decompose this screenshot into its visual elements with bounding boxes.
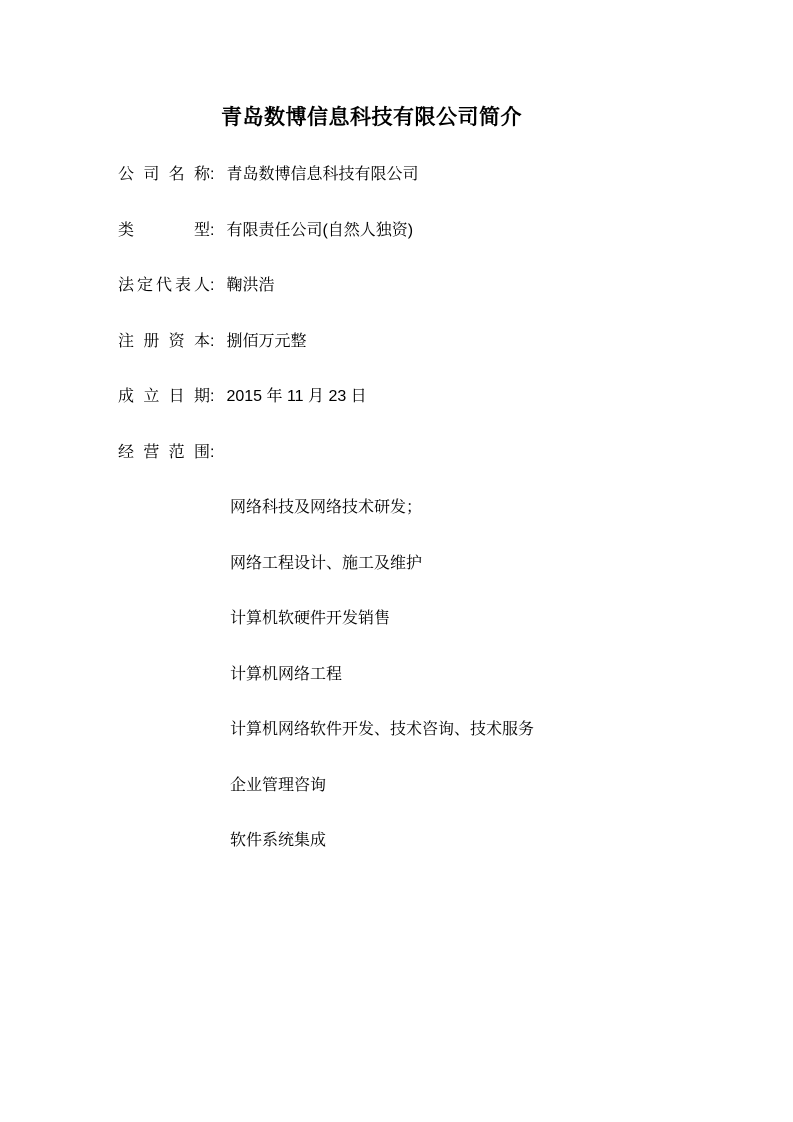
field-value-founding-date: 2015 年 11 月 23 日 [226, 387, 366, 406]
field-value-registered-capital: 捌佰万元整 [226, 332, 306, 351]
scope-item-system-integration: 软件系统集成 [230, 831, 793, 887]
field-row-business-scope: 经营范围: [118, 443, 793, 499]
scope-item-software-dev-consulting: 计算机网络软件开发、技术咨询、技术服务 [230, 720, 793, 776]
field-value-legal-representative: 鞠洪浩 [226, 276, 274, 295]
field-label-company-type: 类型 [118, 221, 210, 240]
field-row-company-name: 公司名称:青岛数博信息科技有限公司 [118, 165, 793, 221]
field-label-founding-date: 成立日期 [118, 387, 210, 406]
field-row-legal-representative: 法定代表人:鞠洪浩 [118, 276, 793, 332]
field-value-company-type: 有限责任公司(自然人独资) [226, 221, 413, 240]
fields-section: 公司名称:青岛数博信息科技有限公司 类型:有限责任公司(自然人独资) 法定代表人… [0, 165, 793, 498]
field-row-company-type: 类型:有限责任公司(自然人独资) [118, 221, 793, 277]
document-title: 青岛数博信息科技有限公司简介 [0, 0, 793, 129]
field-value-company-name: 青岛数博信息科技有限公司 [226, 165, 418, 184]
document-page: 青岛数博信息科技有限公司简介 公司名称:青岛数博信息科技有限公司 类型:有限责任… [0, 0, 793, 1122]
field-colon: : [210, 165, 214, 184]
field-label-legal-representative: 法定代表人 [118, 276, 210, 295]
field-row-founding-date: 成立日期:2015 年 11 月 23 日 [118, 387, 793, 443]
field-colon: : [210, 443, 214, 462]
field-row-registered-capital: 注册资本:捌佰万元整 [118, 332, 793, 388]
scope-item-software-hardware-sales: 计算机软硬件开发销售 [230, 609, 793, 665]
field-label-company-name: 公司名称 [118, 165, 210, 184]
field-colon: : [210, 276, 214, 295]
business-scope-list: 网络科技及网络技术研发； 网络工程设计、施工及维护 计算机软硬件开发销售 计算机… [0, 498, 793, 887]
scope-item-network-engineering-design: 网络工程设计、施工及维护 [230, 554, 793, 610]
field-label-business-scope: 经营范围 [118, 443, 210, 462]
field-label-registered-capital: 注册资本 [118, 332, 210, 351]
field-colon: : [210, 221, 214, 240]
field-colon: : [210, 332, 214, 351]
scope-item-network-rd: 网络科技及网络技术研发； [230, 498, 793, 554]
field-colon: : [210, 387, 214, 406]
scope-item-management-consulting: 企业管理咨询 [230, 776, 793, 832]
scope-item-computer-network-engineering: 计算机网络工程 [230, 665, 793, 721]
